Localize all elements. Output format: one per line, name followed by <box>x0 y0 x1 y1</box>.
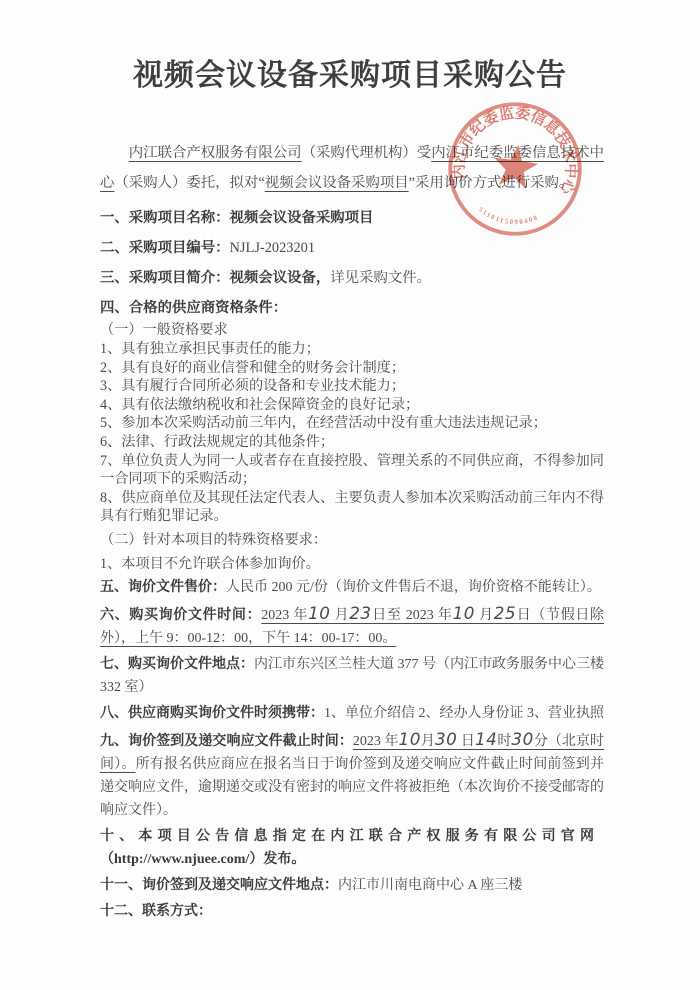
text-run: 所有报名供应商应在报名当日于询价签到及递交响应文件截止时间前签到并递交响应文件，… <box>100 757 604 818</box>
text-run: 七、购买询价文件地点： <box>100 657 254 672</box>
handwritten-text-run: 30 <box>435 729 457 749</box>
document-content: 内江联合产权服务有限公司（采购代理机构）受内江市纪委监委信息技术中心（采购人）委… <box>0 138 700 923</box>
paragraph: 1、本项目不允许联合体参加询价。 <box>100 555 604 574</box>
text-run: 日 <box>457 734 475 749</box>
text-run: 详见采购文件。 <box>330 270 431 286</box>
text-run: 7、单位负责人为同一人或者存在直接控股、管理关系的不同供应商，不得参加同一合同项… <box>100 453 604 488</box>
text-run: 二、采购项目编号： <box>100 240 230 256</box>
paragraph: 1、具有独立承担民事责任的能力； <box>100 340 604 359</box>
paragraph: （一）一般资格要求 <box>100 321 604 340</box>
text-run: 一、采购项目名称：视频会议设备采购项目 <box>100 210 373 226</box>
text-run: （采购代理机构）受 <box>302 145 432 161</box>
handwritten-text-run: 10 <box>453 603 475 623</box>
text-run: 5、参加本次采购活动前三年内，在经营活动中没有重大违法违规记录； <box>100 415 547 431</box>
text-run: 十一、询价签到及递交响应文件地点： <box>100 878 338 893</box>
text-run: （二）针对本项目的特殊资格要求： <box>100 532 327 548</box>
text-run: NJLJ-2023201 <box>230 240 316 256</box>
text-run: 3、具有履行合同所必须的设备和专业技术能力； <box>100 378 405 394</box>
paragraph: 4、具有依法缴纳税收和社会保障资金的良好记录； <box>100 396 604 415</box>
paragraph: 四、合格的供应商资格条件： <box>100 298 604 318</box>
text-run: （采购人）委托，拟对“ <box>114 175 264 191</box>
paragraph: 六、购买询价文件时间：2023 年10 月23日至 2023 年10 月25日（… <box>100 602 604 650</box>
text-run: 视频会议设备采购项目 <box>265 175 409 191</box>
paragraph: 7、单位负责人为同一人或者存在直接控股、管理关系的不同供应商，不得参加同一合同项… <box>100 452 604 489</box>
paragraph: 十二、联系方式： <box>100 900 604 923</box>
text-run: 十、本项目公告信息指定在内江联合产权服务有限公司官网 <box>100 829 599 844</box>
text-run: 人民币 200 元/份（询价文件售后不退，询价资格不能转让）。 <box>226 580 601 595</box>
text-run: 八、供应商购买询价文件时须携带： <box>100 706 324 721</box>
paragraph: 七、购买询价文件地点：内江市东兴区兰桂大道 377 号（内江市政务服务中心三楼 … <box>100 653 604 699</box>
text-run: 十二、联系方式： <box>100 904 212 919</box>
text-run: 4、具有依法缴纳税收和社会保障资金的良好记录； <box>100 397 419 413</box>
text-run: 时 <box>497 734 511 749</box>
paragraph: 五、询价文件售价：人民币 200 元/份（询价文件售后不退，询价资格不能转让）。 <box>100 576 604 599</box>
paragraph: 十一、询价签到及递交响应文件地点：内江市川南电商中心 A 座三楼 <box>100 874 604 897</box>
handwritten-text-run: 14 <box>475 729 497 749</box>
handwritten-text-run: 30 <box>511 729 533 749</box>
paragraph: 3、具有履行合同所必须的设备和专业技术能力； <box>100 377 604 396</box>
paragraph: 二、采购项目编号：NJLJ-2023201 <box>100 238 604 258</box>
paragraph-list: 一、采购项目名称：视频会议设备采购项目二、采购项目编号：NJLJ-2023201… <box>100 208 604 923</box>
text-run: 8、供应商单位及其现任法定代表人、主要负责人参加本次采购活动前三年内不得具有行贿… <box>100 490 604 525</box>
paragraph: 5、参加本次采购活动前三年内，在经营活动中没有重大违法违规记录； <box>100 414 604 433</box>
text-run: 1、单位介绍信 2、经办人身份证 3、营业执照 <box>324 706 604 721</box>
paragraph: 八、供应商购买询价文件时须携带：1、单位介绍信 2、经办人身份证 3、营业执照 <box>100 702 604 725</box>
text-run: 三、采购项目简介：视频会议设备， <box>100 270 330 286</box>
text-run: ”采用询价方式进行采购。 <box>409 175 574 191</box>
text-run: 九、询价签到及递交响应文件截止时间： <box>100 734 353 749</box>
procurement-notice-page: 视频会议设备采购项目采购公告 内江联合产权服务有限公司（采购代理机构）受内江市纪… <box>0 0 700 990</box>
text-run: 月 <box>330 608 349 623</box>
text-run: 2023 年 <box>261 608 308 623</box>
text-run: 2、具有良好的商业信誉和健全的财务会计制度； <box>100 360 405 376</box>
paragraph: 三、采购项目简介：视频会议设备，详见采购文件。 <box>100 268 604 288</box>
text-run: 1、本项目不允许联合体参加询价。 <box>100 556 320 572</box>
paragraph: 一、采购项目名称：视频会议设备采购项目 <box>100 208 604 228</box>
paragraph: 6、法律、行政法规规定的其他条件； <box>100 433 604 452</box>
paragraph: 九、询价签到及递交响应文件截止时间：2023 年10月30 日14时30分（北京… <box>100 728 604 822</box>
text-run: 日至 2023 年 <box>372 608 453 623</box>
paragraph: 8、供应商单位及其现任法定代表人、主要负责人参加本次采购活动前三年内不得具有行贿… <box>100 489 604 526</box>
handwritten-text-run: 23 <box>349 603 371 623</box>
text-run: 月 <box>421 734 435 749</box>
text-run: 6、法律、行政法规规定的其他条件； <box>100 434 334 450</box>
intro-paragraph: 内江联合产权服务有限公司（采购代理机构）受内江市纪委监委信息技术中心（采购人）委… <box>100 138 604 198</box>
handwritten-text-run: 10 <box>399 729 421 749</box>
text-run: 五、询价文件售价： <box>100 580 226 595</box>
page-title: 视频会议设备采购项目采购公告 <box>0 0 700 96</box>
text-run: 1、具有独立承担民事责任的能力； <box>100 341 320 357</box>
text-run: 2023 年 <box>353 734 399 749</box>
text-run: 内江市川南电商中心 A 座三楼 <box>338 878 522 893</box>
text-run: （一）一般资格要求 <box>100 322 228 338</box>
text-run: 四、合格的供应商资格条件： <box>100 300 287 316</box>
handwritten-text-run: 25 <box>494 603 516 623</box>
text-run: 六、购买询价文件时间： <box>100 608 261 623</box>
paragraph: （二）针对本项目的特殊资格要求： <box>100 531 604 550</box>
text-run: 月 <box>475 608 494 623</box>
text-run: （http://www.njuee.com/）发布。 <box>100 852 305 867</box>
text-run: 内江联合产权服务有限公司 <box>129 145 302 161</box>
handwritten-text-run: 10 <box>308 603 330 623</box>
paragraph: 十、本项目公告信息指定在内江联合产权服务有限公司官网（http://www.nj… <box>100 825 604 871</box>
paragraph: 2、具有良好的商业信誉和健全的财务会计制度； <box>100 359 604 378</box>
